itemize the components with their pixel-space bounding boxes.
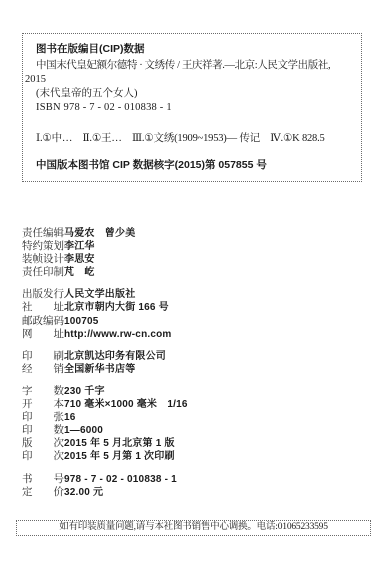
colophon-value: 978 - 7 - 02 - 010838 - 1 <box>64 473 177 486</box>
colophon-value: 全国新华书店等 <box>64 363 135 376</box>
colophon-row-designer: 装帧设计 李思安 <box>22 253 188 266</box>
colophon-value: 李思安 <box>64 253 95 266</box>
cip-data-box: 图书在版编目(CIP)数据 中国末代皇妃额尔德特 · 文绣传 / 王庆祥著.—北… <box>22 33 362 182</box>
colophon-label: 开 本 <box>22 398 64 411</box>
colophon-label: 印 张 <box>22 411 64 424</box>
colophon-row-distributor: 经 销 全国新华书店等 <box>22 363 188 376</box>
colophon-label: 责任编辑 <box>22 227 64 240</box>
colophon: 责任编辑 马爱农 曾少美 特约策划 李江华 装帧设计 李思安 责任印制 芃 屹 … <box>22 227 188 499</box>
colophon-row-planner: 特约策划 李江华 <box>22 240 188 253</box>
cip-classification: Ⅰ.①中… Ⅱ.①王… Ⅲ.①文绣(1909~1953)— 传记 Ⅳ.①K 82… <box>36 132 361 146</box>
colophon-value: 芃 屹 <box>64 266 95 279</box>
colophon-row-editor: 责任编辑 马爱农 曾少美 <box>22 227 188 240</box>
colophon-row-price: 定 价 32.00 元 <box>22 486 188 499</box>
colophon-value: 2015 年 5 月第 1 次印刷 <box>64 450 175 463</box>
colophon-label: 特约策划 <box>22 240 64 253</box>
colophon-row-address: 社 址 北京市朝内大街 166 号 <box>22 301 188 314</box>
colophon-value: 100705 <box>64 315 99 328</box>
colophon-label: 书 号 <box>22 473 64 486</box>
colophon-value: 2015 年 5 月北京第 1 版 <box>64 437 175 450</box>
cip-record-number: 中国版本图书馆 CIP 数据核字(2015)第 057855 号 <box>36 158 361 172</box>
colophon-row-word-count: 字 数 230 千字 <box>22 385 188 398</box>
colophon-row-edition: 版 次 2015 年 5 月北京第 1 版 <box>22 437 188 450</box>
colophon-row-print-supervisor: 责任印制 芃 屹 <box>22 266 188 279</box>
book-copyright-page: 图书在版编目(CIP)数据 中国末代皇妃额尔德特 · 文绣传 / 王庆祥著.—北… <box>0 0 375 563</box>
footer-notice-text: 如有印装质量问题,请与本社图书销售中心调换。电话:01065233595 <box>59 522 328 532</box>
cip-isbn-line: ISBN 978 - 7 - 02 - 010838 - 1 <box>36 101 361 115</box>
colophon-label: 版 次 <box>22 437 64 450</box>
colophon-value: http://www.rw-cn.com <box>64 328 172 341</box>
colophon-label: 字 数 <box>22 385 64 398</box>
colophon-label: 网 址 <box>22 328 64 341</box>
colophon-value: 16 <box>64 411 76 424</box>
colophon-row-print-run: 印 数 1—6000 <box>22 424 188 437</box>
colophon-label: 定 价 <box>22 486 64 499</box>
colophon-value: 北京市朝内大街 166 号 <box>64 301 169 314</box>
colophon-row-website: 网 址 http://www.rw-cn.com <box>22 328 188 341</box>
colophon-value: 北京凯达印务有限公司 <box>64 350 166 363</box>
colophon-value: 710 毫米×1000 毫米 1/16 <box>64 398 188 411</box>
colophon-label: 印 数 <box>22 424 64 437</box>
colophon-label: 装帧设计 <box>22 253 64 266</box>
colophon-row-publisher: 出版发行 人民文学出版社 <box>22 288 188 301</box>
cip-title: 图书在版编目(CIP)数据 <box>36 42 361 56</box>
colophon-label: 印 刷 <box>22 350 64 363</box>
colophon-label: 社 址 <box>22 301 64 314</box>
colophon-label: 邮政编码 <box>22 315 64 328</box>
colophon-label: 责任印制 <box>22 266 64 279</box>
colophon-row-postcode: 邮政编码 100705 <box>22 315 188 328</box>
cip-series-note: (末代皇帝的五个女人) <box>36 87 361 101</box>
colophon-row-format: 开 本 710 毫米×1000 毫米 1/16 <box>22 398 188 411</box>
colophon-value: 230 千字 <box>64 385 105 398</box>
colophon-row-printing: 印 次 2015 年 5 月第 1 次印刷 <box>22 450 188 463</box>
colophon-row-sheets: 印 张 16 <box>22 411 188 424</box>
cip-entry-line-1: 中国末代皇妃额尔德特 · 文绣传 / 王庆祥著.—北京:人民文学出版社, <box>36 59 361 73</box>
colophon-value: 32.00 元 <box>64 486 103 499</box>
colophon-label: 印 次 <box>22 450 64 463</box>
colophon-row-printer: 印 刷 北京凯达印务有限公司 <box>22 350 188 363</box>
colophon-value: 李江华 <box>64 240 95 253</box>
colophon-value: 人民文学出版社 <box>64 288 135 301</box>
cip-entry-line-2: 2015 <box>25 73 361 87</box>
colophon-row-book-number: 书 号 978 - 7 - 02 - 010838 - 1 <box>22 473 188 486</box>
colophon-label: 出版发行 <box>22 288 64 301</box>
colophon-value: 马爱农 曾少美 <box>64 227 135 240</box>
colophon-label: 经 销 <box>22 363 64 376</box>
footer-notice-box: 如有印装质量问题,请与本社图书销售中心调换。电话:01065233595 <box>16 520 371 536</box>
colophon-value: 1—6000 <box>64 424 103 437</box>
